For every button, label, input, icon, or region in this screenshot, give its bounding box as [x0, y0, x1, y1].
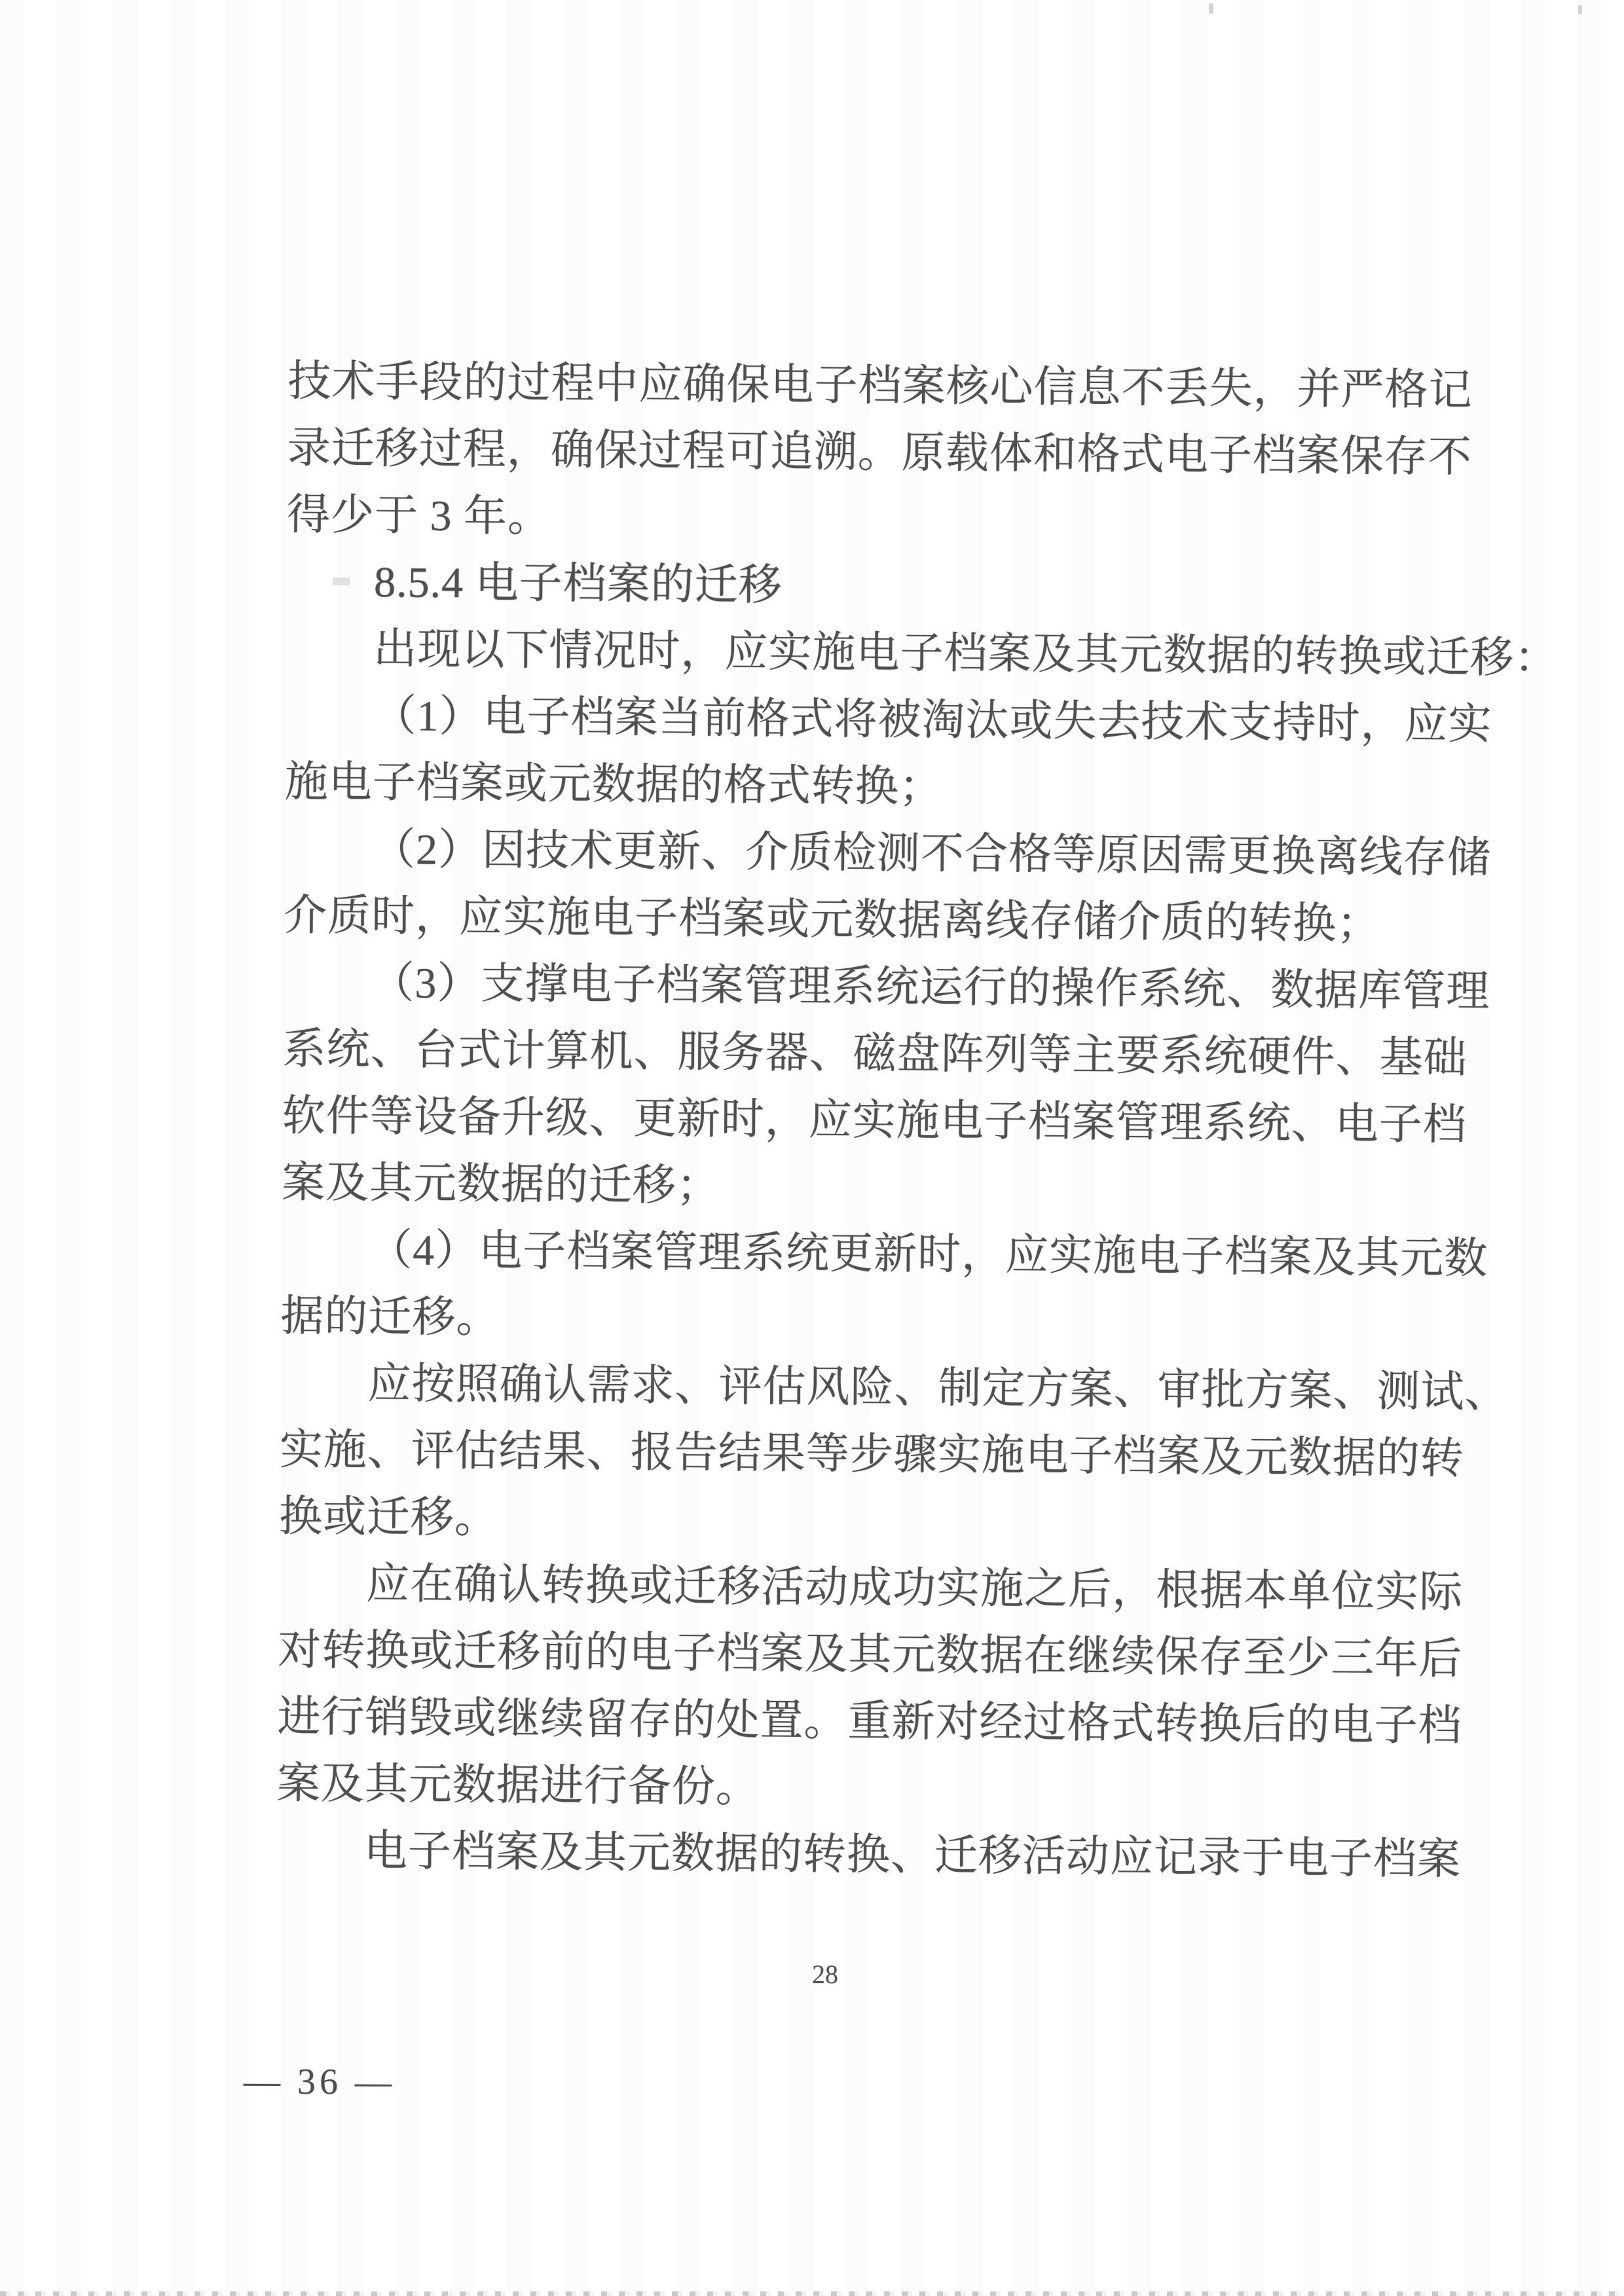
text-line: 录迁移过程，确保过程可追溯。原载体和格式电子档案保存不 [287, 415, 1388, 490]
volume-page-number: — 36 — [244, 2060, 396, 2103]
scan-page-number: 28 [288, 1959, 1362, 1990]
text-line: 进行销毁或继续留存的处置。重新对经过格式转换后的电子档 [277, 1684, 1378, 1759]
text-line: （4）电子档案管理系统更新时，应实施电子档案及其元数 [281, 1216, 1382, 1292]
text-line: 技术手段的过程中应确保电子档案核心信息不丢失，并严格记 [287, 348, 1388, 424]
text-line: 案及其元数据的迁移； [282, 1150, 1382, 1225]
text-line: 换或迁移。 [279, 1484, 1380, 1559]
scan-artifact-speck [1209, 3, 1213, 14]
text-line: 对转换或迁移前的电子档案及其元数据在继续保存至少三年后 [278, 1617, 1378, 1692]
text-line: 系统、台式计算机、服务器、磁盘阵列等主要系统硬件、基础 [282, 1016, 1383, 1091]
text-line: 得少于 3 年。 [287, 482, 1388, 557]
text-line: 应按照确认需求、评估风险、制定方案、审批方案、测试、 [280, 1350, 1380, 1425]
text-line: 施电子档案或元数据的格式转换； [284, 749, 1385, 824]
text-line: 介质时，应实施电子档案或元数据离线存储介质的转换； [284, 883, 1384, 958]
scan-artifact-speck [333, 577, 350, 585]
text-line: （1）电子档案当前格式将被淘汰或失去技术支持时，应实 [285, 682, 1386, 757]
text-line: （2）因技术更新、介质检测不合格等原因需更换离线存储 [284, 816, 1385, 891]
text-line: （3）支撑电子档案管理系统运行的操作系统、数据库管理 [283, 949, 1384, 1025]
text-line: 出现以下情况时，应实施电子档案及其元数据的转换或迁移： [286, 615, 1386, 691]
text-line: 案及其元数据进行备份。 [276, 1751, 1377, 1826]
text-line: 软件等设备升级、更新时，应实施电子档案管理系统、电子档 [282, 1083, 1382, 1158]
text-line: 应在确认转换或迁移活动成功实施之后，根据本单位实际 [278, 1550, 1379, 1626]
scan-noise-strip [0, 2291, 1624, 2296]
text-line: 电子档案及其元数据的转换、迁移活动应记录于电子档案 [276, 1817, 1377, 1893]
section-heading: 8.5.4 电子档案的迁移 [286, 549, 1387, 624]
scan-artifact-speck [1578, 5, 1582, 14]
text-block: 技术手段的过程中应确保电子档案核心信息不丢失，并严格记录迁移过程，确保过程可追溯… [276, 348, 1388, 1893]
text-line: 实施、评估结果、报告结果等步骤实施电子档案及元数据的转 [279, 1417, 1380, 1492]
scanned-document-page: { "page": { "scan_page_number": "28", "v… [0, 0, 1624, 2296]
text-line: 据的迁移。 [280, 1283, 1381, 1358]
